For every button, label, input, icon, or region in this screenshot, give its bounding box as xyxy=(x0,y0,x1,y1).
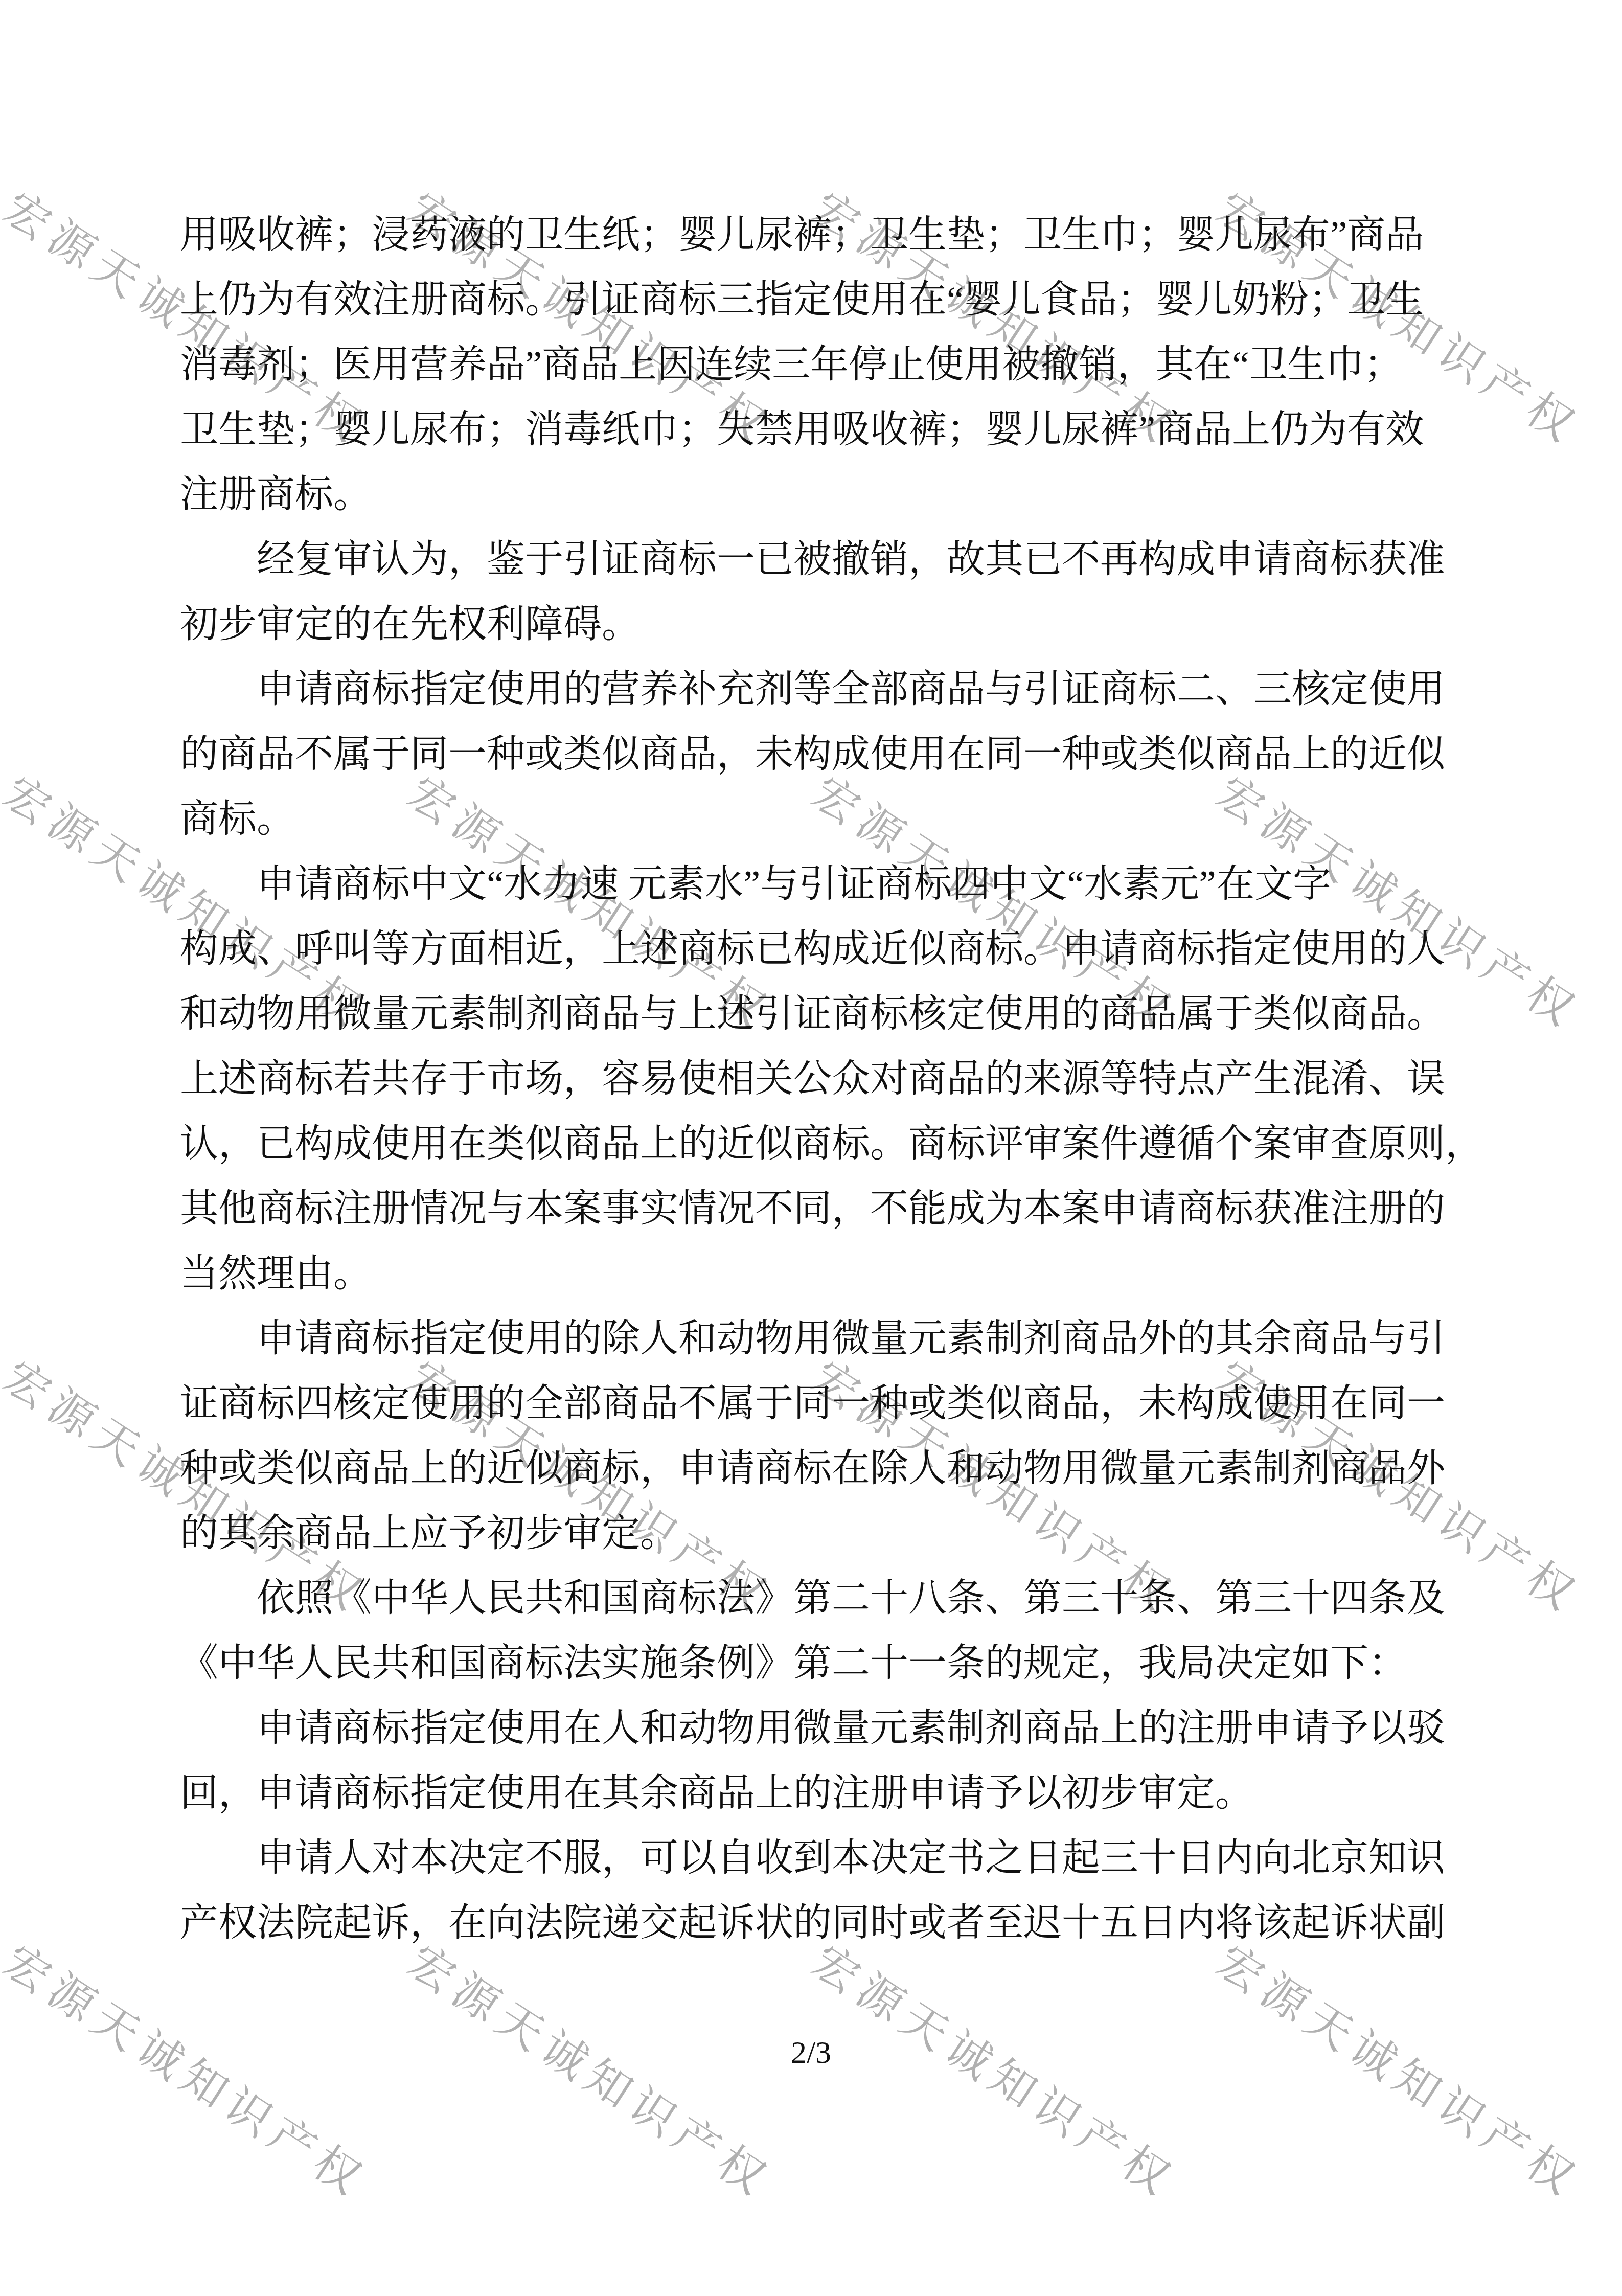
text-line-17: 当然理由。 xyxy=(180,1241,1449,1306)
text-line-18: 申请商标指定使用的除人和动物用微量元素制剂商品外的其余商品与引 xyxy=(180,1306,1449,1371)
text-line-11: 申请商标中文“水力速 元素水”与引证商标四中文“水素元”在文字 xyxy=(180,852,1449,917)
document-body: 用吸收裤；浸药液的卫生纸；婴儿尿裤；卫生垫；卫生巾；婴儿尿布”商品上仍为有效注册… xyxy=(180,202,1449,1956)
text-line-1: 用吸收裤；浸药液的卫生纸；婴儿尿裤；卫生垫；卫生巾；婴儿尿布”商品 xyxy=(180,202,1449,267)
text-line-20: 种或类似商品上的近似商标，申请商标在除人和动物用微量元素制剂商品外 xyxy=(180,1436,1449,1501)
text-line-21: 的其余商品上应予初步审定。 xyxy=(180,1501,1449,1566)
text-line-4: 卫生垫；婴儿尿布；消毒纸巾；失禁用吸收裤；婴儿尿裤”商品上仍为有效 xyxy=(180,397,1449,462)
text-line-26: 申请人对本决定不服，可以自收到本决定书之日起三十日内向北京知识 xyxy=(180,1826,1449,1891)
page-number: 2/3 xyxy=(0,2035,1622,2071)
text-line-24: 申请商标指定使用在人和动物用微量元素制剂商品上的注册申请予以驳 xyxy=(180,1696,1449,1761)
text-line-8: 申请商标指定使用的营养补充剂等全部商品与引证商标二、三核定使用 xyxy=(180,657,1449,722)
text-line-19: 证商标四核定使用的全部商品不属于同一种或类似商品，未构成使用在同一 xyxy=(180,1371,1449,1436)
document-page: 宏源天诚知识产权宏源天诚知识产权宏源天诚知识产权宏源天诚知识产权宏源天诚知识产权… xyxy=(0,0,1622,2296)
text-line-3: 消毒剂；医用营养品”商品上因连续三年停止使用被撤销，其在“卫生巾； xyxy=(180,332,1449,397)
text-line-22: 依照《中华人民共和国商标法》第二十八条、第三十条、第三十四条及 xyxy=(180,1566,1449,1631)
text-line-7: 初步审定的在先权利障碍。 xyxy=(180,592,1449,657)
text-line-2: 上仍为有效注册商标。引证商标三指定使用在“婴儿食品；婴儿奶粉；卫生 xyxy=(180,267,1449,332)
text-line-5: 注册商标。 xyxy=(180,462,1449,527)
text-line-13: 和动物用微量元素制剂商品与上述引证商标核定使用的商品属于类似商品。 xyxy=(180,982,1449,1047)
text-line-23: 《中华人民共和国商标法实施条例》第二十一条的规定，我局决定如下： xyxy=(180,1631,1449,1696)
text-line-27: 产权法院起诉，在向法院递交起诉状的同时或者至迟十五日内将该起诉状副 xyxy=(180,1891,1449,1956)
text-line-14: 上述商标若共存于市场，容易使相关公众对商品的来源等特点产生混淆、误 xyxy=(180,1047,1449,1111)
text-line-12: 构成、呼叫等方面相近，上述商标已构成近似商标。申请商标指定使用的人 xyxy=(180,917,1449,982)
text-line-16: 其他商标注册情况与本案事实情况不同，不能成为本案申请商标获准注册的 xyxy=(180,1176,1449,1241)
text-line-10: 商标。 xyxy=(180,787,1449,852)
text-line-9: 的商品不属于同一种或类似商品，未构成使用在同一种或类似商品上的近似 xyxy=(180,722,1449,787)
text-line-15: 认，已构成使用在类似商品上的近似商标。商标评审案件遵循个案审查原则， xyxy=(180,1111,1449,1176)
text-line-6: 经复审认为，鉴于引证商标一已被撤销，故其已不再构成申请商标获准 xyxy=(180,527,1449,592)
text-line-25: 回，申请商标指定使用在其余商品上的注册申请予以初步审定。 xyxy=(180,1761,1449,1826)
